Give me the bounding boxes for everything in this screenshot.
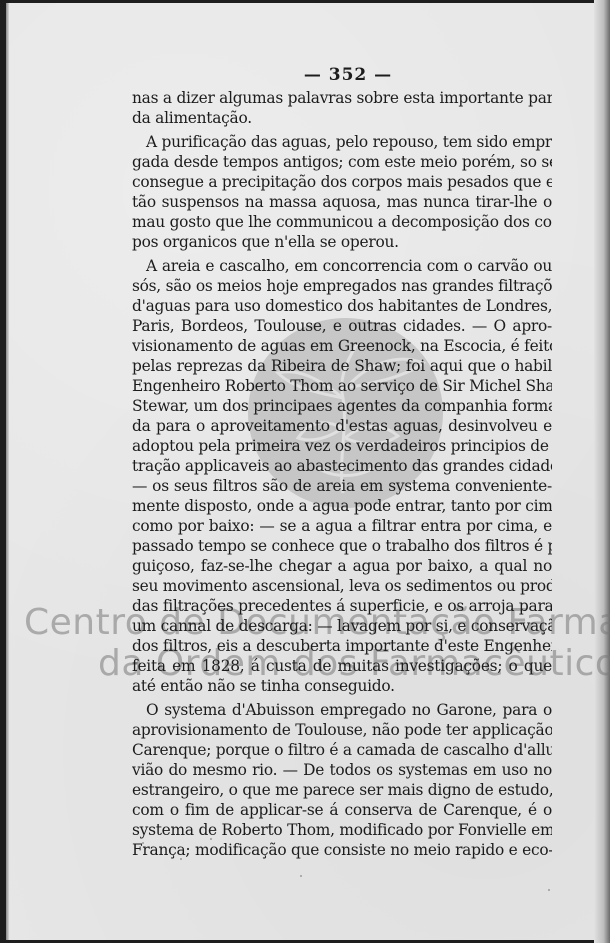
text-line: feita em 1828, á custa de muitas investi… — [132, 656, 552, 676]
text-line: Stewar, um dos principaes agentes da com… — [132, 396, 552, 416]
text-line: gada desde tempos antigos; com este meio… — [132, 152, 552, 172]
text-line: passado tempo se conhece que o trabalho … — [132, 536, 552, 556]
text-line: pelas reprezas da Ribeira de Shaw; foi a… — [132, 356, 552, 376]
text-line: adoptou pela primeira vez os verdadeiros… — [132, 436, 552, 456]
text-line: tão suspensos na massa aquosa, mas nunca… — [132, 192, 552, 212]
text-line: consegue a precipitação dos corpos mais … — [132, 172, 552, 192]
text-line: aprovisionamento de Toulouse, não pode t… — [132, 720, 552, 740]
text-line: A purificação das aguas, pelo repouso, t… — [132, 132, 552, 152]
text-line: como por baixo: — se a agua a filtrar en… — [132, 516, 552, 536]
text-line: visionamento de aguas em Greenock, na Es… — [132, 336, 552, 356]
text-line: nas a dizer algumas palavras sobre esta … — [132, 88, 552, 108]
paragraph: O systema d'Abuisson empregado no Garone… — [132, 700, 552, 860]
text-line: sós, são os meios hoje empregados nas gr… — [132, 276, 552, 296]
text-line: da para o aproveitamento d'estas aguas, … — [132, 416, 552, 436]
text-line: vião do mesmo rio. — De todos os systema… — [132, 760, 552, 780]
text-line: mau gosto que lhe communicou a decomposi… — [132, 212, 552, 232]
text-line: Carenque; porque o filtro é a camada de … — [132, 740, 552, 760]
text-line: até então não se tinha conseguido. — [132, 676, 552, 696]
text-line: tração applicaveis ao abastecimento das … — [132, 456, 552, 476]
text-line: mente disposto, onde a agua pode entrar,… — [132, 496, 552, 516]
page-left-edge — [6, 3, 9, 940]
paragraph: A purificação das aguas, pelo repouso, t… — [132, 132, 552, 252]
page-right-edge — [594, 0, 610, 943]
text-line: um cannal de descarga: — lavagem por si,… — [132, 616, 552, 636]
text-line: seu movimento ascensional, leva os sedim… — [132, 576, 552, 596]
text-line: dos filtros, eis a descuberta importante… — [132, 636, 552, 656]
text-line: A areia e cascalho, em concorrencia com … — [132, 256, 552, 276]
text-line: pos organicos que n'ella se operou. — [132, 232, 552, 252]
page-text: — 352 — nas a dizer algumas palavras sob… — [132, 62, 552, 860]
text-line: Engenheiro Roberto Thom ao serviço de Si… — [132, 376, 552, 396]
text-line: guiçoso, faz-se-lhe chegar a agua por ba… — [132, 556, 552, 576]
text-line: Paris, Bordeos, Toulouse, e outras cidad… — [132, 316, 552, 336]
page-number: — 352 — — [144, 62, 552, 88]
text-line: da alimentação. — [132, 108, 552, 128]
text-line: com o fim de applicar-se á conserva de C… — [132, 800, 552, 820]
text-line: França; modificação que consiste no meio… — [132, 840, 552, 860]
paragraph: A areia e cascalho, em concorrencia com … — [132, 256, 552, 696]
text-line: d'aguas para uso domestico dos habitante… — [132, 296, 552, 316]
text-line: estrangeiro, o que me parece ser mais di… — [132, 780, 552, 800]
text-line: O systema d'Abuisson empregado no Garone… — [132, 700, 552, 720]
text-line: das filtrações precedentes á superficie,… — [132, 596, 552, 616]
text-line: — os seus filtros são de areia em system… — [132, 476, 552, 496]
paragraph: nas a dizer algumas palavras sobre esta … — [132, 88, 552, 128]
text-line: systema de Roberto Thom, modificado por … — [132, 820, 552, 840]
